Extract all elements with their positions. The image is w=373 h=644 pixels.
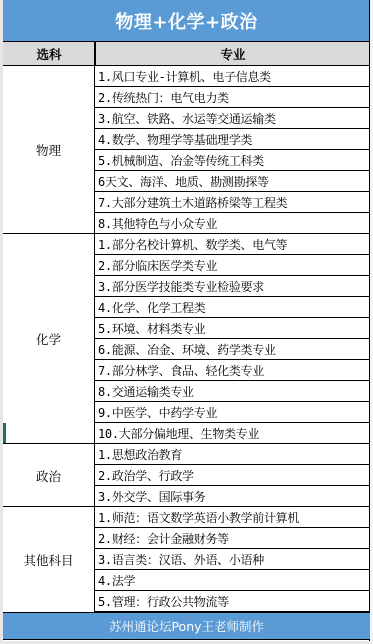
group-other-subjects: 其他科目 1.师范：语文数学英语小教学前计算机 2.财经：会计金融财务等 3.语… bbox=[3, 507, 370, 612]
table-title[interactable]: 物理+化学+政治 bbox=[3, 0, 370, 42]
major-cell[interactable]: 3.航空、铁路、水运等交通运输类 bbox=[95, 108, 369, 129]
major-cell[interactable]: 4.法学 bbox=[95, 570, 369, 591]
major-cell[interactable]: 1.风口专业-计算机、电子信息类 bbox=[95, 66, 369, 87]
group-chemistry: 化学 1.部分名校计算机、数学类、电气等 2.部分临床医学类专业 3.部分医学技… bbox=[3, 234, 370, 444]
major-cell[interactable]: 2.部分临床医学类专业 bbox=[95, 255, 369, 276]
row-selection-marker bbox=[3, 423, 6, 443]
column-divider bbox=[94, 42, 95, 612]
subject-cell[interactable]: 政治 bbox=[3, 444, 94, 507]
major-cell[interactable]: 5.管理：行政公共物流等 bbox=[95, 591, 369, 612]
major-cell[interactable]: 3.外交学、国际事务 bbox=[95, 486, 369, 507]
major-cell[interactable]: 8.交通运输类专业 bbox=[95, 381, 369, 402]
group-physics: 物理 1.风口专业-计算机、电子信息类 2.传统热门：电气电力类 3.航空、铁路… bbox=[3, 66, 370, 234]
major-cell[interactable]: 8.其他特色与小众专业 bbox=[95, 213, 369, 234]
major-cell[interactable]: 1.师范：语文数学英语小教学前计算机 bbox=[95, 507, 369, 528]
major-cell[interactable]: 1.部分名校计算机、数学类、电气等 bbox=[95, 234, 369, 255]
major-cell[interactable]: 6.能源、冶金、环境、药学类专业 bbox=[95, 339, 369, 360]
major-cell[interactable]: 2.传统热门：电气电力类 bbox=[95, 87, 369, 108]
major-cell[interactable]: 4.数学、物理学等基础理学类 bbox=[95, 129, 369, 150]
major-cell[interactable]: 6天文、海洋、地质、勘测勘探等 bbox=[95, 171, 369, 192]
table-right-border bbox=[369, 0, 370, 641]
table-footer-credit[interactable]: 苏州通论坛Pony王老师制作 bbox=[3, 612, 370, 640]
major-cell[interactable]: 3.部分医学技能类专业检验要求 bbox=[95, 276, 369, 297]
major-cell[interactable]: 7.部分林学、食品、轻化类专业 bbox=[95, 360, 369, 381]
major-cell[interactable]: 2.政治学、行政学 bbox=[95, 465, 369, 486]
group-politics: 政治 1.思想政治教育 2.政治学、行政学 3.外交学、国际事务 bbox=[3, 444, 370, 507]
major-table: 物理+化学+政治 选科 专业 物理 1.风口专业-计算机、电子信息类 2.传统热… bbox=[3, 0, 370, 641]
header-major[interactable]: 专业 bbox=[95, 42, 370, 65]
major-cell[interactable]: 9.中医学、中药学专业 bbox=[95, 402, 369, 423]
subject-cell[interactable]: 其他科目 bbox=[3, 507, 94, 612]
subject-cell[interactable]: 物理 bbox=[3, 66, 94, 234]
major-cell[interactable]: 5.环境、材料类专业 bbox=[95, 318, 369, 339]
major-cell[interactable]: 2.财经：会计金融财务等 bbox=[95, 528, 369, 549]
major-cell[interactable]: 10.大部分偏地理、生物类专业 bbox=[95, 423, 369, 444]
major-cell[interactable]: 1.思想政治教育 bbox=[95, 444, 369, 465]
major-cell[interactable]: 4.化学、化学工程类 bbox=[95, 297, 369, 318]
header-subject[interactable]: 选科 bbox=[3, 42, 95, 65]
major-cell[interactable]: 3.语言类：汉语、外语、小语种 bbox=[95, 549, 369, 570]
subject-cell[interactable]: 化学 bbox=[3, 234, 94, 444]
table-header: 选科 专业 bbox=[3, 42, 370, 66]
major-cell[interactable]: 5.机械制造、冶金等传统工科类 bbox=[95, 150, 369, 171]
major-cell[interactable]: 7.大部分建筑土木道路桥梁等工程类 bbox=[95, 192, 369, 213]
